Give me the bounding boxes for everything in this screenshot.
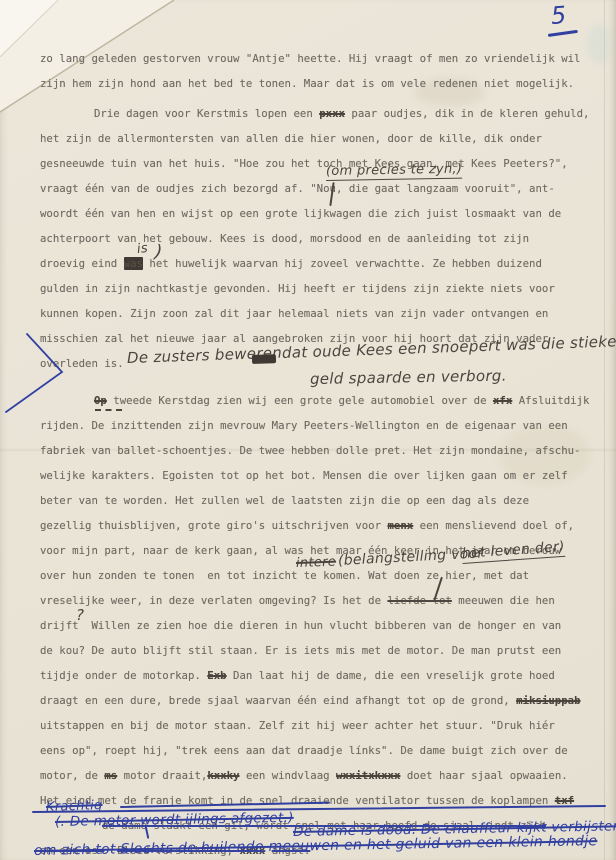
typed-segment: Dan laat hij de dame, die een vreselijk … bbox=[227, 669, 555, 682]
typed-segment: doet haar sjaal opwaaien. bbox=[400, 769, 567, 782]
typed-segment: een menslievend doel of, bbox=[413, 519, 574, 532]
typed-line: motor, de ms motor draait,kxxky een wind… bbox=[40, 763, 588, 788]
typed-line: eens op", roept hij, "trek eens aan dat … bbox=[40, 738, 588, 763]
del-intere: intere bbox=[296, 555, 337, 571]
typed-segment: zijn hem zijn hond aan het bed te tonen.… bbox=[40, 77, 574, 90]
typed-line: rijden. De inzittenden zijn mevrouw Mary… bbox=[40, 413, 588, 438]
typed-segment: gesneeuwde tuin van het huis. "Hoe zou h… bbox=[40, 157, 568, 170]
typed-segment: fabriek van ballet-schoentjes. De twee h… bbox=[40, 444, 581, 457]
struck-typed-segment: ms bbox=[104, 769, 117, 782]
typed-line: vraagt één van de oudjes zich bezorgd af… bbox=[40, 176, 588, 201]
typed-line: fabriek van ballet-schoentjes. De twee h… bbox=[40, 438, 588, 463]
insert-is: is bbox=[136, 241, 149, 257]
qmark-drijft: ? bbox=[76, 606, 84, 624]
typed-segment: vraagt één van de oudjes zich bezorgd af… bbox=[40, 182, 555, 195]
manuscript-page: zo lang geleden gestorven vrouw "Antje" … bbox=[0, 0, 616, 860]
typed-line: zo lang geleden gestorven vrouw "Antje" … bbox=[40, 46, 588, 71]
typed-segment: overleden is. bbox=[40, 357, 124, 370]
typed-segment: eens op", roept hij, "trek eens aan dat … bbox=[40, 744, 568, 757]
typed-segment: Afsluitdijk bbox=[512, 394, 589, 407]
typed-line: uitstappen en bij de motor staan. Zelf z… bbox=[40, 713, 588, 738]
typed-segment: het huwelijk waarvan hij zoveel verwacht… bbox=[143, 257, 542, 270]
typed-segment: Drie dagen voor Kerstmis lopen een bbox=[94, 107, 319, 120]
dashes-op bbox=[95, 409, 122, 411]
page-number: 5 bbox=[550, 1, 567, 30]
struck-typed-segment: Exb bbox=[207, 669, 226, 682]
struck-typed-segment: xfx bbox=[493, 394, 512, 407]
struck-typed-segment: liefde tot bbox=[387, 594, 451, 607]
typed-segment: gezellig thuisblijven, grote giro's uits… bbox=[40, 519, 387, 532]
typed-segment: vreselijke weer, in deze verlaten omgevi… bbox=[40, 594, 387, 607]
note-zusters-3: geld spaarde en verborg. bbox=[310, 367, 507, 388]
typed-line: kunnen kopen. Zijn zoon zal dit jaar hel… bbox=[40, 301, 588, 326]
typed-line: Op tweede Kerstdag zien wij een grote ge… bbox=[40, 388, 588, 413]
typed-segment: Het eind met de franje komt in de snel d… bbox=[40, 794, 555, 807]
struck-typed-segment: Op bbox=[94, 394, 107, 407]
typed-segment: zo lang geleden gestorven vrouw "Antje" … bbox=[40, 52, 581, 65]
typed-line: welijke karakters. Egoisten tot op het b… bbox=[40, 463, 588, 488]
blot-zusters bbox=[252, 354, 276, 364]
typed-line: gesneeuwde tuin van het huis. "Hoe zou h… bbox=[40, 151, 588, 176]
typed-segment: de kou? De auto blijft stil staan. Er is… bbox=[40, 644, 561, 657]
typed-line: het zijn de allermontersten van allen di… bbox=[40, 126, 588, 151]
typed-segment: tweede Kerstdag zien wij een grote gele … bbox=[107, 394, 493, 407]
typed-segment: rijden. De inzittenden zijn mevrouw Mary… bbox=[40, 419, 568, 432]
typed-line: tijdje onder de motorkap. Exb Dan laat h… bbox=[40, 663, 588, 688]
typed-segment: beter van te worden. Het zullen wel de l… bbox=[40, 494, 529, 507]
typed-segment: draagt en een dure, brede sjaal waarvan … bbox=[40, 694, 516, 707]
struck-typed-segment: kxxky bbox=[207, 769, 239, 782]
typed-segment: droevig eind bbox=[40, 257, 124, 270]
typed-line: beter van te worden. Het zullen wel de l… bbox=[40, 488, 588, 513]
typed-line: zijn hem zijn hond aan het bed te tonen.… bbox=[40, 71, 588, 96]
typed-segment: kunnen kopen. Zijn zoon zal dit jaar hel… bbox=[40, 307, 548, 320]
typed-segment: woordt één van hen en wijst op een grote… bbox=[40, 207, 561, 220]
struck-typed-segment: wxxitxkxxx bbox=[336, 769, 400, 782]
struck-typed-segment: menx bbox=[387, 519, 413, 532]
typed-segment: het zijn de allermontersten van allen di… bbox=[40, 132, 542, 145]
typed-line: gulden in zijn nachtkastje gevonden. Hij… bbox=[40, 276, 588, 301]
typed-line: Drie dagen voor Kerstmis lopen een pxxx … bbox=[40, 101, 588, 126]
typed-line: woordt één van hen en wijst op een grote… bbox=[40, 201, 588, 226]
typed-line: achterpoort van het gebouw. Kees is dood… bbox=[40, 226, 588, 251]
typed-segment: welijke karakters. Egoisten tot op het b… bbox=[40, 469, 568, 482]
typed-line: gezellig thuisblijven, grote giro's uits… bbox=[40, 513, 588, 538]
typed-line: drijft Willen ze zien hoe die dieren in … bbox=[40, 613, 588, 638]
typed-text-block: zo lang geleden gestorven vrouw "Antje" … bbox=[0, 0, 616, 860]
typed-line: vreselijke weer, in deze verlaten omgevi… bbox=[40, 588, 588, 613]
typed-segment: motor, de bbox=[40, 769, 104, 782]
typed-line: de kou? De auto blijft stil staan. Er is… bbox=[40, 638, 588, 663]
struck-typed-segment: was bbox=[124, 257, 143, 270]
typed-segment: drijft Willen ze zien hoe die dieren in … bbox=[40, 619, 561, 632]
typed-segment: gulden in zijn nachtkastje gevonden. Hij… bbox=[40, 282, 555, 295]
typed-line: droevig eind was het huwelijk waarvan hi… bbox=[40, 251, 588, 276]
typed-segment: uitstappen en bij de motor staan. Zelf z… bbox=[40, 719, 555, 732]
typed-segment: meeuwen die hen bbox=[452, 594, 555, 607]
typed-segment: over hun zonden te tonen en tot inzicht … bbox=[40, 569, 529, 582]
typed-segment: achterpoort van het gebouw. Kees is dood… bbox=[40, 232, 529, 245]
insert-om-precies-te-zyn: (om precies te zyn,) bbox=[326, 162, 463, 181]
struck-typed-segment: pxxx bbox=[319, 107, 345, 120]
typed-line: draagt en een dure, brede sjaal waarvan … bbox=[40, 688, 588, 713]
typed-segment: paar oudjes, dik in de kleren gehuld, bbox=[345, 107, 590, 120]
typed-segment: motor draait, bbox=[117, 769, 207, 782]
typed-segment: een windvlaag bbox=[240, 769, 337, 782]
typed-segment: tijdje onder de motorkap. bbox=[40, 669, 207, 682]
struck-typed-segment: miksiuppab bbox=[516, 694, 580, 707]
